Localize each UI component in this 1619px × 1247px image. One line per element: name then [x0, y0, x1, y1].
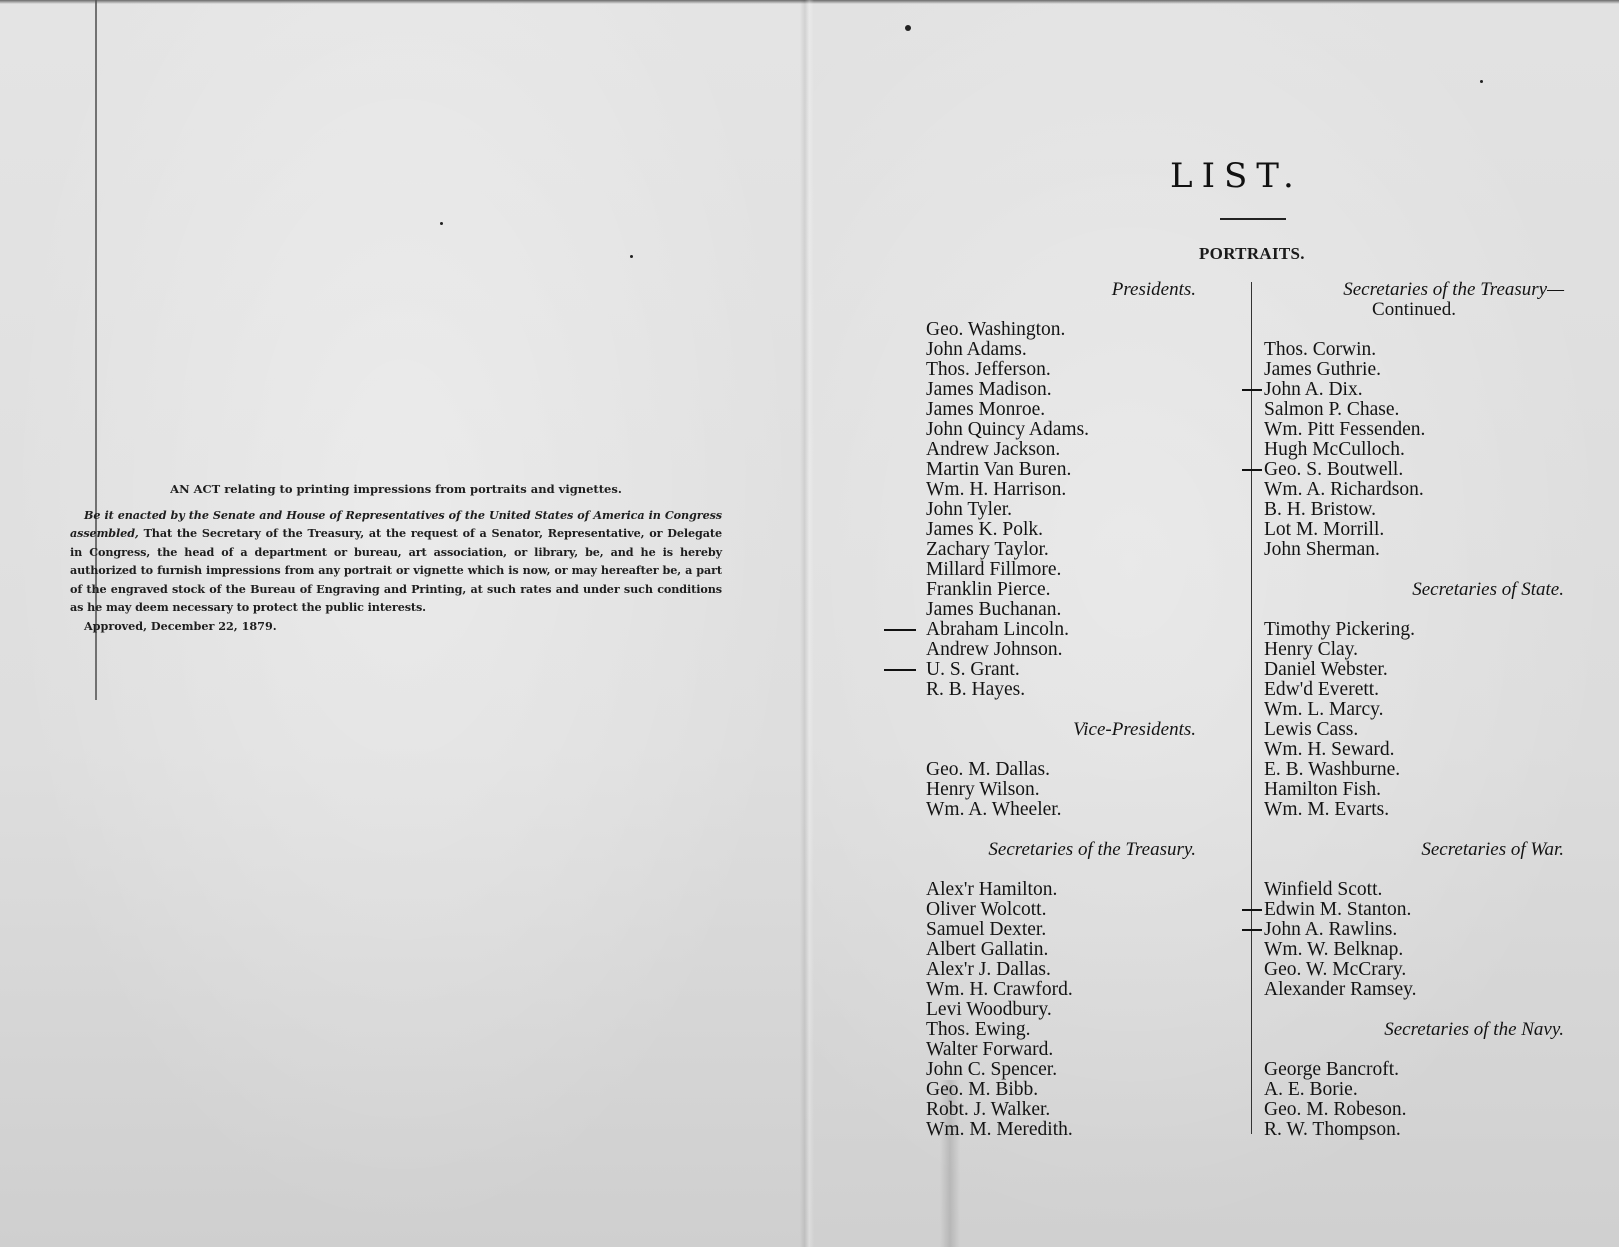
name-text: Andrew Jackson. — [926, 439, 1060, 460]
list-item: John C. Spencer. — [926, 1060, 1196, 1080]
list-item: Andrew Johnson. — [926, 640, 1196, 660]
act-title: AN ACT relating to printing impressions … — [70, 480, 722, 499]
name-text: James Buchanan. — [926, 599, 1061, 620]
name-text: Edwin M. Stanton. — [1264, 899, 1411, 920]
name-text: Wm. W. Belknap. — [1264, 939, 1403, 960]
name-text: Geo. W. McCrary. — [1264, 959, 1406, 980]
list-item: Martin Van Buren. — [926, 460, 1196, 480]
list-item: Robt. J. Walker. — [926, 1100, 1196, 1120]
name-text: Hamilton Fish. — [1264, 779, 1381, 800]
list-item: Geo. M. Bibb. — [926, 1080, 1196, 1100]
list-item: Geo. M. Dallas. — [926, 760, 1196, 780]
list-item: Walter Forward. — [926, 1040, 1196, 1060]
list-item: U. S. Grant. — [926, 660, 1196, 680]
name-text: Wm. A. Wheeler. — [926, 799, 1062, 820]
list-item: Andrew Jackson. — [926, 440, 1196, 460]
section-heading-text: Presidents. — [1112, 279, 1196, 300]
act-body-text: That the Secretary of the Treasury, at t… — [70, 526, 722, 614]
name-list: Geo. Washington.John Adams.Thos. Jeffers… — [926, 320, 1196, 700]
act-title-rest: relating to printing impressions from po… — [220, 482, 622, 496]
name-text: John Quincy Adams. — [926, 419, 1089, 440]
list-item: Franklin Pierce. — [926, 580, 1196, 600]
name-text: U. S. Grant. — [926, 659, 1020, 680]
name-text: Timothy Pickering. — [1264, 619, 1415, 640]
list-item: Geo. Washington. — [926, 320, 1196, 340]
section-heading-text: Secretaries of War. — [1421, 839, 1564, 860]
list-item: Millard Fillmore. — [926, 560, 1196, 580]
name-list: Geo. M. Dallas.Henry Wilson.Wm. A. Wheel… — [926, 760, 1196, 820]
section-heading: Secretaries of the Navy. — [1264, 1020, 1564, 1040]
list-item: Albert Gallatin. — [926, 940, 1196, 960]
list-item: Levi Woodbury. — [926, 1000, 1196, 1020]
name-text: Robt. J. Walker. — [926, 1099, 1050, 1120]
name-text: Levi Woodbury. — [926, 999, 1052, 1020]
right-column: Secretaries of the Treasury—Continued.Th… — [1264, 280, 1564, 1160]
list-item: Zachary Taylor. — [926, 540, 1196, 560]
name-text: Oliver Wolcott. — [926, 899, 1046, 920]
name-list: Winfield Scott.Edwin M. Stanton.John A. … — [1264, 880, 1564, 1000]
list-item: R. B. Hayes. — [926, 680, 1196, 700]
page-subtitle: PORTRAITS. — [1199, 244, 1305, 264]
list-item: Geo. S. Boutwell. — [1264, 460, 1564, 480]
section-heading-text: Secretaries of the Treasury. — [988, 839, 1196, 860]
list-item: Alexander Ramsey. — [1264, 980, 1564, 1000]
list-item: Edw'd Everett. — [1264, 680, 1564, 700]
list-item: Geo. M. Robeson. — [1264, 1100, 1564, 1120]
list-item: Wm. H. Seward. — [1264, 740, 1564, 760]
name-text: Wm. H. Crawford. — [926, 979, 1073, 1000]
section-heading: Secretaries of State. — [1264, 580, 1564, 600]
list-item: Alex'r Hamilton. — [926, 880, 1196, 900]
name-text: Franklin Pierce. — [926, 579, 1051, 600]
list-item: Oliver Wolcott. — [926, 900, 1196, 920]
section-heading: Secretaries of War. — [1264, 840, 1564, 860]
list-item: Henry Clay. — [1264, 640, 1564, 660]
name-text: B. H. Bristow. — [1264, 499, 1376, 520]
name-text: John Sherman. — [1264, 539, 1380, 560]
name-text: Henry Clay. — [1264, 639, 1358, 660]
name-text: Geo. M. Robeson. — [1264, 1099, 1406, 1120]
list-item: Timothy Pickering. — [1264, 620, 1564, 640]
name-text: John A. Rawlins. — [1264, 919, 1397, 940]
list-item: Edwin M. Stanton. — [1264, 900, 1564, 920]
name-text: Daniel Webster. — [1264, 659, 1388, 680]
name-text: Alex'r J. Dallas. — [926, 959, 1051, 980]
name-text: James Monroe. — [926, 399, 1045, 420]
name-text: Edw'd Everett. — [1264, 679, 1379, 700]
list-item: James Guthrie. — [1264, 360, 1564, 380]
name-text: A. E. Borie. — [1264, 1079, 1358, 1100]
list-item: Thos. Jefferson. — [926, 360, 1196, 380]
name-text: Henry Wilson. — [926, 779, 1040, 800]
name-text: John Tyler. — [926, 499, 1012, 520]
name-text: Winfield Scott. — [1264, 879, 1382, 900]
name-text: Thos. Ewing. — [926, 1019, 1031, 1040]
section-heading: Secretaries of the Treasury—Continued. — [1264, 280, 1564, 320]
name-text: Wm. L. Marcy. — [1264, 699, 1384, 720]
list-item: Wm. H. Harrison. — [926, 480, 1196, 500]
name-text: John C. Spencer. — [926, 1059, 1057, 1080]
list-item: Alex'r J. Dallas. — [926, 960, 1196, 980]
list-item: Lewis Cass. — [1264, 720, 1564, 740]
approved-date: Approved, December 22, 1879. — [70, 617, 722, 636]
list-item: Winfield Scott. — [1264, 880, 1564, 900]
list-item: Salmon P. Chase. — [1264, 400, 1564, 420]
name-list: Timothy Pickering.Henry Clay.Daniel Webs… — [1264, 620, 1564, 820]
list-item: Hugh McCulloch. — [1264, 440, 1564, 460]
section-heading-text: Secretaries of the Navy. — [1384, 1019, 1564, 1040]
name-text: Wm. M. Meredith. — [926, 1119, 1073, 1140]
name-text: R. W. Thompson. — [1264, 1119, 1401, 1140]
name-text: Samuel Dexter. — [926, 919, 1046, 940]
list-item: Wm. A. Wheeler. — [926, 800, 1196, 820]
name-text: Wm. M. Evarts. — [1264, 799, 1389, 820]
list-item: B. H. Bristow. — [1264, 500, 1564, 520]
list-item: John Adams. — [926, 340, 1196, 360]
ink-speck — [905, 25, 911, 31]
book-spine — [800, 0, 814, 1247]
list-item: Hamilton Fish. — [1264, 780, 1564, 800]
name-text: James K. Polk. — [926, 519, 1043, 540]
name-text: John Adams. — [926, 339, 1027, 360]
list-item: Wm. W. Belknap. — [1264, 940, 1564, 960]
name-text: Thos. Corwin. — [1264, 339, 1376, 360]
list-item: Wm. L. Marcy. — [1264, 700, 1564, 720]
name-text: James Madison. — [926, 379, 1052, 400]
list-item: John Sherman. — [1264, 540, 1564, 560]
page-title: LIST. — [1170, 156, 1303, 196]
name-text: Salmon P. Chase. — [1264, 399, 1399, 420]
list-item: Geo. W. McCrary. — [1264, 960, 1564, 980]
name-text: Wm. H. Seward. — [1264, 739, 1395, 760]
pencil-dash-mark — [1242, 389, 1262, 391]
name-text: Geo. M. Dallas. — [926, 759, 1050, 780]
name-text: Millard Fillmore. — [926, 559, 1061, 580]
pencil-dash-mark — [1242, 909, 1262, 911]
name-text: George Bancroft. — [1264, 1059, 1399, 1080]
list-item: Abraham Lincoln. — [926, 620, 1196, 640]
pencil-dash-mark — [1242, 929, 1262, 931]
name-text: Wm. Pitt Fessenden. — [1264, 419, 1425, 440]
list-item: James Buchanan. — [926, 600, 1196, 620]
list-item: James Monroe. — [926, 400, 1196, 420]
name-text: Lewis Cass. — [1264, 719, 1358, 740]
ink-speck — [630, 255, 633, 258]
name-text: Albert Gallatin. — [926, 939, 1048, 960]
name-text: Geo. S. Boutwell. — [1264, 459, 1403, 480]
list-item: Daniel Webster. — [1264, 660, 1564, 680]
list-item: John Quincy Adams. — [926, 420, 1196, 440]
ink-speck — [1480, 80, 1483, 83]
name-text: John A. Dix. — [1264, 379, 1363, 400]
name-text: Wm. A. Richardson. — [1264, 479, 1424, 500]
act-title-caps: AN ACT — [170, 482, 220, 496]
name-list: Thos. Corwin.James Guthrie.John A. Dix.S… — [1264, 340, 1564, 560]
list-item: Wm. M. Evarts. — [1264, 800, 1564, 820]
name-text: Geo. Washington. — [926, 319, 1065, 340]
list-item: Henry Wilson. — [926, 780, 1196, 800]
section-heading-text: Vice-Presidents. — [1073, 719, 1196, 740]
name-text: Martin Van Buren. — [926, 459, 1071, 480]
section-heading: Secretaries of the Treasury. — [926, 840, 1196, 860]
list-item: George Bancroft. — [1264, 1060, 1564, 1080]
list-item: Wm. M. Meredith. — [926, 1120, 1196, 1140]
name-text: Geo. M. Bibb. — [926, 1079, 1038, 1100]
name-text: Zachary Taylor. — [926, 539, 1049, 560]
list-item: Thos. Corwin. — [1264, 340, 1564, 360]
name-text: E. B. Washburne. — [1264, 759, 1400, 780]
name-text: R. B. Hayes. — [926, 679, 1025, 700]
name-text: James Guthrie. — [1264, 359, 1381, 380]
name-text: Lot M. Morrill. — [1264, 519, 1384, 540]
name-text: Alex'r Hamilton. — [926, 879, 1057, 900]
pencil-dash-mark — [1242, 469, 1262, 471]
title-rule — [1220, 218, 1286, 220]
list-item: Lot M. Morrill. — [1264, 520, 1564, 540]
ink-speck — [440, 222, 443, 225]
left-column: Presidents.Geo. Washington.John Adams.Th… — [926, 280, 1196, 1160]
name-text: Andrew Johnson. — [926, 639, 1063, 660]
pencil-dash-mark — [884, 629, 916, 631]
pencil-dash-mark — [884, 669, 916, 671]
section-heading-text: Secretaries of the Treasury— — [1343, 279, 1564, 300]
name-text: Alexander Ramsey. — [1264, 979, 1417, 1000]
list-item: R. W. Thompson. — [1264, 1120, 1564, 1140]
section-heading-continued: Continued. — [1264, 300, 1564, 320]
name-text: Wm. H. Harrison. — [926, 479, 1066, 500]
section-heading: Presidents. — [926, 280, 1196, 300]
list-item: E. B. Washburne. — [1264, 760, 1564, 780]
list-item: John A. Dix. — [1264, 380, 1564, 400]
act-body: Be it enacted by the Senate and House of… — [70, 506, 722, 617]
name-text: Hugh McCulloch. — [1264, 439, 1405, 460]
list-item: Wm. Pitt Fessenden. — [1264, 420, 1564, 440]
list-item: Wm. A. Richardson. — [1264, 480, 1564, 500]
section-heading: Vice-Presidents. — [926, 720, 1196, 740]
list-item: James Madison. — [926, 380, 1196, 400]
list-item: Thos. Ewing. — [926, 1020, 1196, 1040]
list-item: James K. Polk. — [926, 520, 1196, 540]
column-divider — [1251, 282, 1252, 1134]
list-item: Wm. H. Crawford. — [926, 980, 1196, 1000]
name-list: Alex'r Hamilton.Oliver Wolcott.Samuel De… — [926, 880, 1196, 1140]
name-list: George Bancroft.A. E. Borie.Geo. M. Robe… — [1264, 1060, 1564, 1140]
list-item: Samuel Dexter. — [926, 920, 1196, 940]
name-text: Walter Forward. — [926, 1039, 1053, 1060]
list-item: John Tyler. — [926, 500, 1196, 520]
section-heading-text: Secretaries of State. — [1412, 579, 1564, 600]
list-item: A. E. Borie. — [1264, 1080, 1564, 1100]
act-text-block: AN ACT relating to printing impressions … — [70, 480, 722, 635]
name-text: Abraham Lincoln. — [926, 619, 1069, 640]
name-text: Thos. Jefferson. — [926, 359, 1051, 380]
list-item: John A. Rawlins. — [1264, 920, 1564, 940]
